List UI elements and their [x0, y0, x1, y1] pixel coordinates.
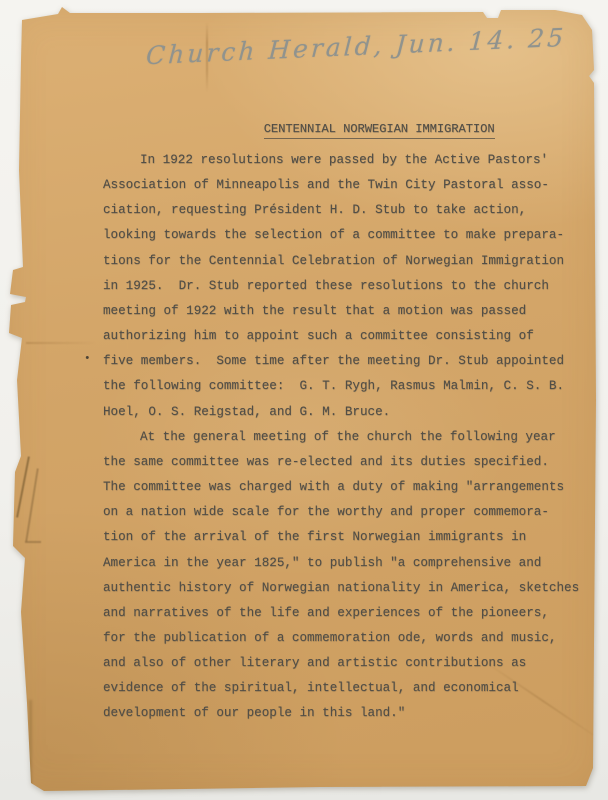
body-line: Hoel, O. S. Reigstad, and G. M. Bruce.	[103, 400, 588, 425]
body-line: and narratives of the life and experienc…	[103, 601, 588, 626]
body-line: In 1922 resolutions were passed by the A…	[103, 148, 588, 173]
body-line: ciation, requesting Président H. D. Stub…	[103, 198, 588, 223]
handwritten-annotation: Church Herald, Jun. 14. 25	[145, 23, 567, 70]
body-line: on a nation wide scale for the worthy an…	[103, 500, 588, 525]
document-title-text: CENTENNIAL NORWEGIAN IMMIGRATION	[264, 122, 495, 139]
body-line: Association of Minneapolis and the Twin …	[103, 173, 588, 198]
torn-edge-mark	[25, 541, 41, 543]
body-text: In 1922 resolutions were passed by the A…	[103, 148, 588, 727]
paper-sheet: Church Herald, Jun. 14. 25 CENTENNIAL NO…	[0, 0, 608, 800]
body-line: looking towards the selection of a commi…	[103, 223, 588, 248]
body-line: for the publication of a commemoration o…	[103, 626, 588, 651]
margin-mark: •	[84, 353, 91, 365]
body-line: five members. Some time after the meetin…	[103, 349, 588, 374]
body-line: authentic history of Norwegian nationali…	[103, 576, 588, 601]
body-line: The committee was charged with a duty of…	[103, 475, 588, 500]
body-line: and also of other literary and artistic …	[103, 651, 588, 676]
body-line: the following committee: G. T. Rygh, Ras…	[103, 374, 588, 399]
body-line: meeting of 1922 with the result that a m…	[103, 299, 588, 324]
torn-edge-mark	[25, 468, 39, 541]
body-line: evidence of the spiritual, intellectual,…	[103, 676, 588, 701]
body-line: the same committee was re-elected and it…	[103, 450, 588, 475]
paper-shadow: Church Herald, Jun. 14. 25 CENTENNIAL NO…	[0, 0, 608, 800]
fold-crease-left	[26, 342, 96, 344]
document-title: CENTENNIAL NORWEGIAN IMMIGRATION	[206, 108, 495, 153]
body-line: tions for the Centennial Celebration of …	[103, 249, 588, 274]
torn-edge-shadow	[29, 700, 32, 786]
body-line: At the general meeting of the church the…	[103, 425, 588, 450]
scanned-document-page: Church Herald, Jun. 14. 25 CENTENNIAL NO…	[0, 0, 608, 800]
body-line: in 1925. Dr. Stub reported these resolut…	[103, 274, 588, 299]
body-line: authorizing him to appoint such a commit…	[103, 324, 588, 349]
body-line: development of our people in this land."	[103, 701, 588, 726]
body-line: America in the year 1825," to publish "a…	[103, 551, 588, 576]
body-line: tion of the arrival of the first Norwegi…	[103, 525, 588, 550]
torn-edge-mark	[16, 456, 30, 517]
